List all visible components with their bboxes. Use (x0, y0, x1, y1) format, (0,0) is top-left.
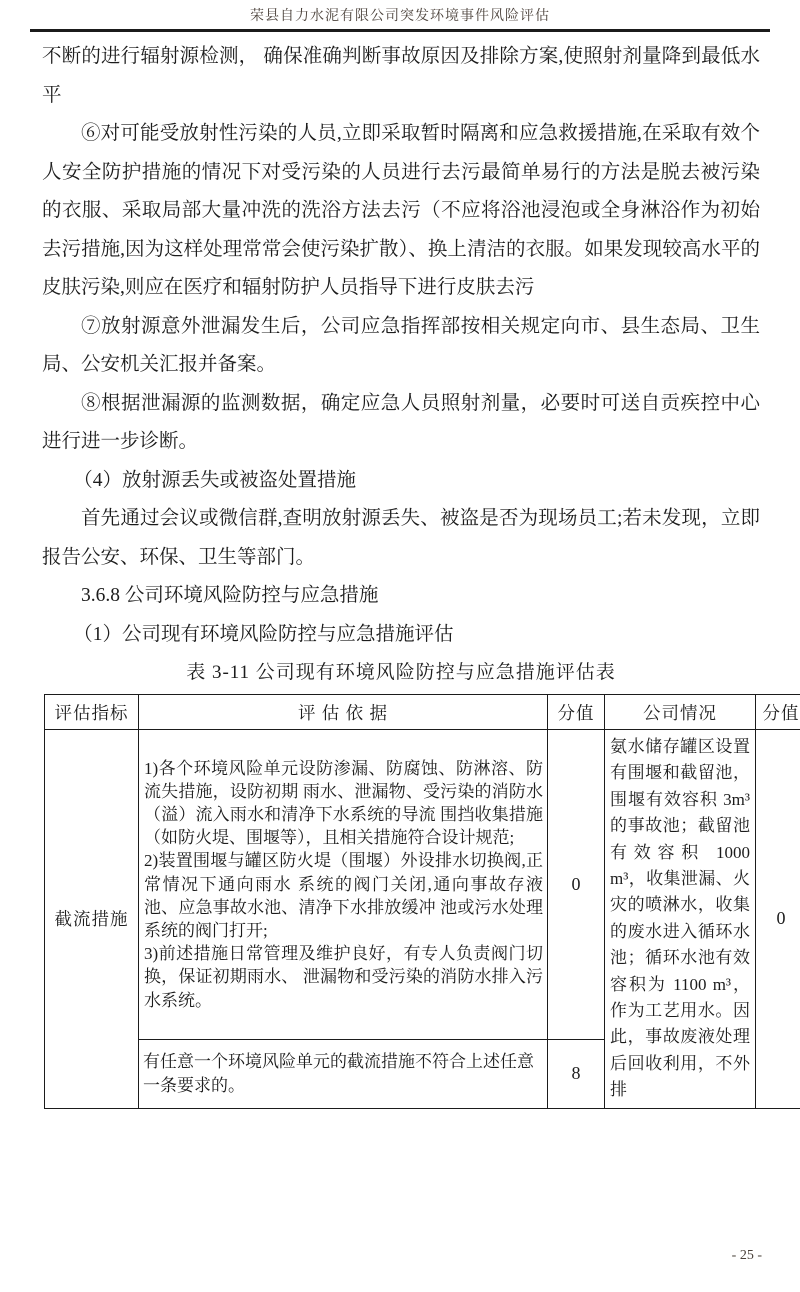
paragraph-item-6: ⑥对可能受放射性污染的人员,立即采取暂时隔离和应急救援措施,在采取有效个人安全防… (42, 115, 760, 308)
header-company: 公司情况 (605, 695, 756, 730)
table-caption: 表 3-11 公司现有环境风险防控与应急措施评估表 (42, 658, 760, 688)
paragraph-continuation: 不断的进行辐射源检测， 确保准确判断事故原因及排除方案,使照射剂量降到最低水平 (42, 38, 760, 115)
body-content: 不断的进行辐射源检测， 确保准确判断事故原因及排除方案,使照射剂量降到最低水平 … (0, 32, 800, 1109)
paragraph-first-report: 首先通过会议或微信群,查明放射源丢失、被盗是否为现场员工;若未发现，立即报告公安… (42, 500, 760, 577)
paragraph-heading-4: （4）放射源丢失或被盗处置措施 (42, 462, 760, 501)
section-heading-368: 3.6.8 公司环境风险防控与应急措施 (42, 577, 760, 616)
document-header: 荣县自力水泥有限公司突发环境事件风险评估 (0, 0, 800, 32)
paragraph-item-7: ⑦放射源意外泄漏发生后，公司应急指挥部按相关规定向市、县生态局、卫生局、公安机关… (42, 308, 760, 385)
cell-basis-1: 1)各个环境风险单元设防渗漏、防腐蚀、防淋溶、防流失措施，设防初期 雨水、泄漏物… (139, 730, 548, 1040)
header-score-1: 分值 (548, 695, 605, 730)
cell-score-2: 8 (548, 1039, 605, 1108)
document-page: { "header": { "title": "荣县自力水泥有限公司突发环境事件… (0, 0, 800, 1292)
subsection-heading-1: （1）公司现有环境风险防控与应急措施评估 (42, 616, 760, 655)
cell-score-1: 0 (548, 730, 605, 1040)
header-title: 荣县自力水泥有限公司突发环境事件风险评估 (0, 5, 800, 25)
header-indicator: 评估指标 (45, 695, 139, 730)
cell-company-score: 0 (756, 730, 800, 1109)
cell-indicator: 截流措施 (45, 730, 139, 1109)
cell-company-situation: 氨水储存罐区设置有围堰和截留池，围堰有效容积 3m³ 的事故池；截留池有效容积 … (605, 730, 756, 1109)
page-number: - 25 - (732, 1248, 762, 1264)
evaluation-table: 评估指标 评 估 依 据 分值 公司情况 分值 截流措施 1)各个环境风险单元设… (44, 694, 800, 1109)
header-basis: 评 估 依 据 (139, 695, 548, 730)
table-row: 截流措施 1)各个环境风险单元设防渗漏、防腐蚀、防淋溶、防流失措施，设防初期 雨… (45, 730, 800, 1040)
table-header-row: 评估指标 评 估 依 据 分值 公司情况 分值 (45, 695, 800, 730)
paragraph-item-8: ⑧根据泄漏源的监测数据，确定应急人员照射剂量，必要时可送自贡疾控中心进行进一步诊… (42, 385, 760, 462)
header-score-2: 分值 (756, 695, 800, 730)
cell-basis-2: 有任意一个环境风险单元的截流措施不符合上述任意一条要求的。 (139, 1039, 548, 1108)
